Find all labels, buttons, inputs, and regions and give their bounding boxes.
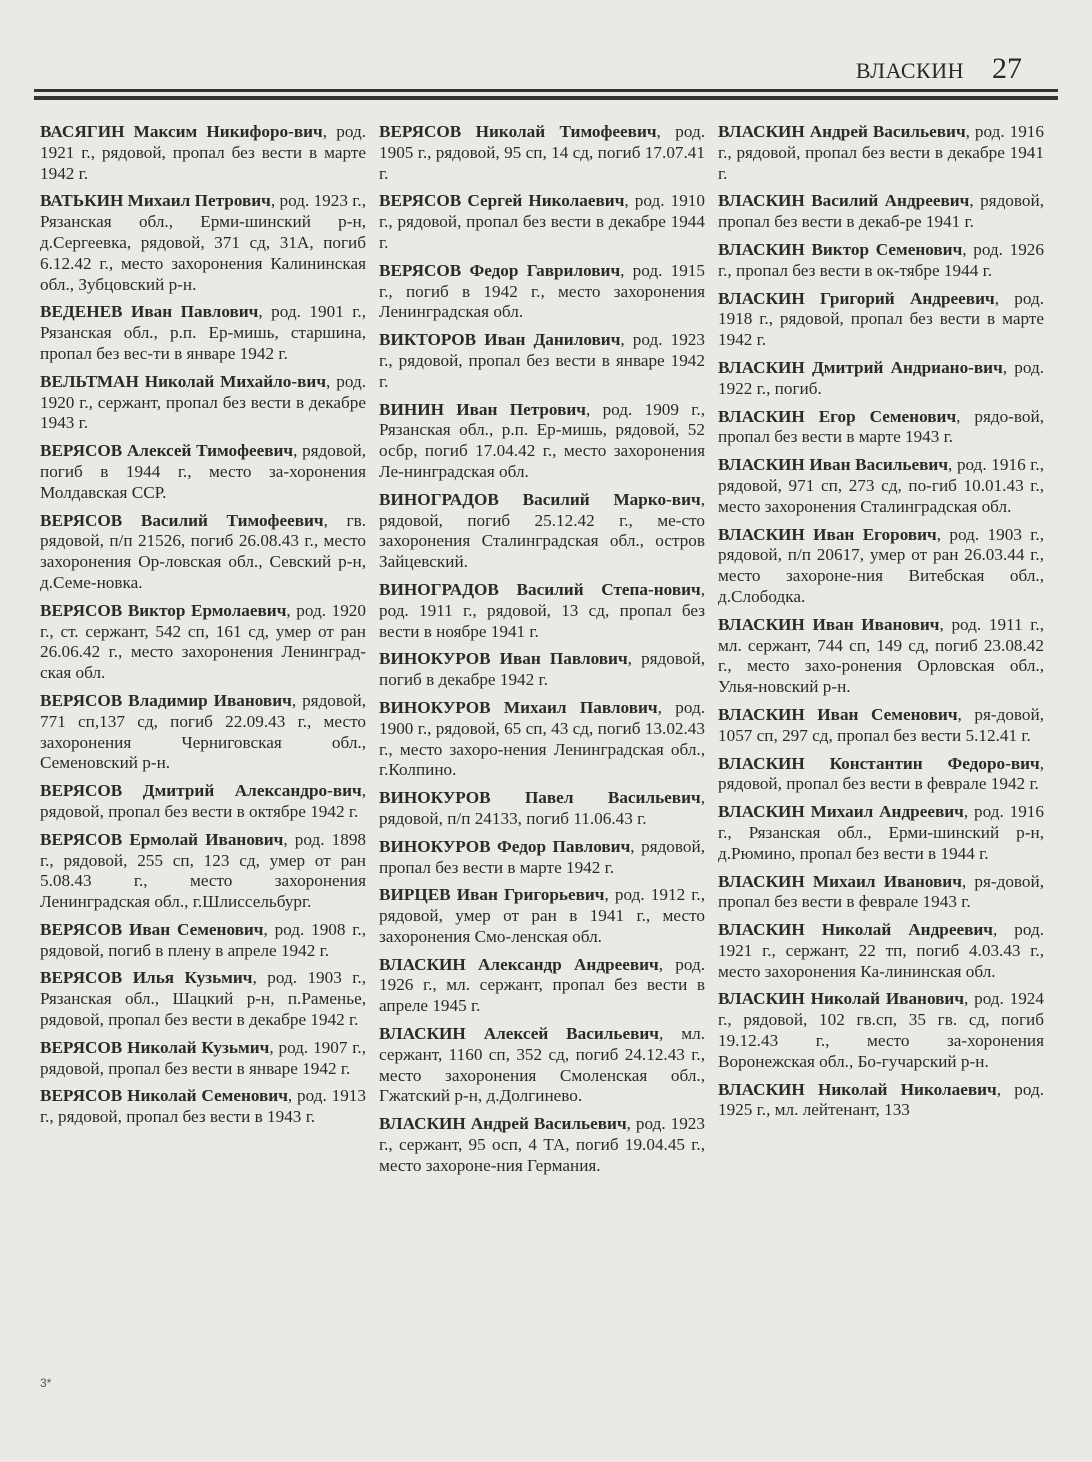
entry-name: ВЛАСКИН Иван Семенович	[718, 705, 958, 724]
entry-name: ВЛАСКИН Алексей Васильевич	[379, 1024, 659, 1043]
register-entry: ВЛАСКИН Дмитрий Андриано-вич, род. 1922 …	[718, 358, 1044, 400]
entry-name: ВЕРЯСОВ Николай Кузьмич	[40, 1038, 269, 1057]
register-entry: ВЕРЯСОВ Федор Гаврилович, род. 1915 г., …	[379, 261, 705, 323]
register-entry: ВИНОКУРОВ Иван Павлович, рядовой, погиб …	[379, 649, 705, 691]
register-entry: ВЕРЯСОВ Виктор Ермолаевич, род. 1920 г.,…	[40, 601, 366, 684]
entry-name: ВЛАСКИН Александр Андреевич	[379, 955, 659, 974]
register-entry: ВЛАСКИН Иван Егорович, род. 1903 г., ряд…	[718, 525, 1044, 608]
entry-name: ВИНОКУРОВ Иван Павлович	[379, 649, 628, 668]
register-entry: ВЕРЯСОВ Николай Семенович, род. 1913 г.,…	[40, 1086, 366, 1128]
entry-name: ВЕРЯСОВ Сергей Николаевич	[379, 191, 624, 210]
register-entry: ВЛАСКИН Василий Андреевич, рядовой, проп…	[718, 191, 1044, 233]
register-entry: ВЛАСКИН Николай Иванович, род. 1924 г., …	[718, 989, 1044, 1072]
column-3: ВЛАСКИН Андрей Васильевич, род. 1916 г.,…	[718, 122, 1052, 1184]
entry-name: ВИРЦЕВ Иван Григорьевич	[379, 885, 604, 904]
entry-name: ВЛАСКИН Андрей Васильевич	[379, 1114, 627, 1133]
entry-name: ВЛАСКИН Виктор Семенович	[718, 240, 962, 259]
register-entry: ВЕРЯСОВ Василий Тимофеевич, гв. рядовой,…	[40, 511, 366, 594]
entry-name: ВИНИН Иван Петрович	[379, 400, 586, 419]
entry-name: ВЛАСКИН Николай Иванович	[718, 989, 964, 1008]
entry-name: ВЛАСКИН Дмитрий Андриано-вич	[718, 358, 1003, 377]
register-entry: ВЕЛЬТМАН Николай Михайло-вич, род. 1920 …	[40, 372, 366, 434]
entry-name: ВИНОГРАДОВ Василий Степа-нович	[379, 580, 701, 599]
register-entry: ВЛАСКИН Алексей Васильевич, мл. сержант,…	[379, 1024, 705, 1107]
register-entry: ВЛАСКИН Егор Семенович, рядо-вой, пропал…	[718, 407, 1044, 449]
register-entry: ВЛАСКИН Виктор Семенович, род. 1926 г., …	[718, 240, 1044, 282]
register-entry: ВЛАСКИН Михаил Андреевич, род. 1916 г., …	[718, 802, 1044, 864]
register-entry: ВИНОГРАДОВ Василий Степа-нович, род. 191…	[379, 580, 705, 642]
register-entry: ВИНОКУРОВ Павел Васильевич, рядовой, п/п…	[379, 788, 705, 830]
entry-name: ВИНОГРАДОВ Василий Марко-вич	[379, 490, 701, 509]
register-entry: ВЕРЯСОВ Сергей Николаевич, род. 1910 г.,…	[379, 191, 705, 253]
register-entry: ВЛАСКИН Григорий Андреевич, род. 1918 г.…	[718, 289, 1044, 351]
column-2: ВЕРЯСОВ Николай Тимофеевич, род. 1905 г.…	[379, 122, 713, 1184]
entry-name: ВЕРЯСОВ Николай Семенович	[40, 1086, 288, 1105]
running-head: ВЛАСКИН	[856, 58, 964, 84]
entry-name: ВЕРЯСОВ Федор Гаврилович	[379, 261, 620, 280]
text-columns: ВАСЯГИН Максим Никифоро-вич, род. 1921 г…	[40, 122, 1052, 1184]
register-entry: ВЕРЯСОВ Николай Кузьмич, род. 1907 г., р…	[40, 1038, 366, 1080]
entry-name: ВЕРЯСОВ Николай Тимофеевич	[379, 122, 657, 141]
entry-name: ВЛАСКИН Николай Андреевич	[718, 920, 993, 939]
entry-name: ВЛАСКИН Егор Семенович	[718, 407, 956, 426]
entry-name: ВЛАСКИН Николай Николаевич	[718, 1080, 997, 1099]
page-header: ВЛАСКИН 27	[856, 52, 1022, 86]
entry-name: ВЕРЯСОВ Дмитрий Александро-вич	[40, 781, 362, 800]
entry-name: ВЛАСКИН Константин Федоро-вич	[718, 754, 1040, 773]
entry-name: ВЕЛЬТМАН Николай Михайло-вич	[40, 372, 326, 391]
register-entry: ВЕРЯСОВ Дмитрий Александро-вич, рядовой,…	[40, 781, 366, 823]
entry-name: ВЛАСКИН Михаил Андреевич	[718, 802, 964, 821]
header-double-rule	[34, 89, 1058, 100]
register-entry: ВЕРЯСОВ Илья Кузьмич, род. 1903 г., Ряза…	[40, 968, 366, 1030]
entry-name: ВЛАСКИН Андрей Васильевич	[718, 122, 966, 141]
register-entry: ВЕРЯСОВ Владимир Иванович, рядовой, 771 …	[40, 691, 366, 774]
entry-name: ВЛАСКИН Иван Васильевич	[718, 455, 948, 474]
entry-name: ВЕРЯСОВ Илья Кузьмич	[40, 968, 253, 987]
entry-name: ВЛАСКИН Иван Иванович	[718, 615, 939, 634]
entry-name: ВЕРЯСОВ Виктор Ермолаевич	[40, 601, 286, 620]
entry-name: ВЕРЯСОВ Ермолай Иванович	[40, 830, 283, 849]
entry-name: ВИНОКУРОВ Михаил Павлович	[379, 698, 658, 717]
entry-name: ВЛАСКИН Василий Андреевич	[718, 191, 969, 210]
register-entry: ВИНИН Иван Петрович, род. 1909 г., Рязан…	[379, 400, 705, 483]
register-entry: ВИНОКУРОВ Михаил Павлович, род. 1900 г.,…	[379, 698, 705, 781]
entry-name: ВИКТОРОВ Иван Данилович	[379, 330, 620, 349]
printer-signature-mark: 3*	[40, 1376, 51, 1390]
entry-name: ВАСЯГИН Максим Никифоро-вич	[40, 122, 323, 141]
entry-name: ВЕРЯСОВ Иван Семенович	[40, 920, 264, 939]
entry-name: ВЛАСКИН Михаил Иванович	[718, 872, 962, 891]
register-entry: ВАТЬКИН Михаил Петрович, род. 1923 г., Р…	[40, 191, 366, 295]
entry-name: ВАТЬКИН Михаил Петрович	[40, 191, 271, 210]
register-entry: ВЛАСКИН Иван Васильевич, род. 1916 г., р…	[718, 455, 1044, 517]
register-entry: ВЛАСКИН Андрей Васильевич, род. 1923 г.,…	[379, 1114, 705, 1176]
register-entry: ВЛАСКИН Константин Федоро-вич, рядовой, …	[718, 754, 1044, 796]
register-entry: ВЛАСКИН Николай Николаевич, род. 1925 г.…	[718, 1080, 1044, 1122]
register-entry: ВЕРЯСОВ Ермолай Иванович, род. 1898 г., …	[40, 830, 366, 913]
register-entry: ВИРЦЕВ Иван Григорьевич, род. 1912 г., р…	[379, 885, 705, 947]
entry-name: ВЛАСКИН Григорий Андреевич	[718, 289, 995, 308]
page-number: 27	[992, 52, 1022, 86]
register-entry: ВИНОГРАДОВ Василий Марко-вич, рядовой, п…	[379, 490, 705, 573]
entry-name: ВЕРЯСОВ Василий Тимофеевич	[40, 511, 324, 530]
entry-name: ВЛАСКИН Иван Егорович	[718, 525, 937, 544]
entry-name: ВЕРЯСОВ Алексей Тимофеевич	[40, 441, 293, 460]
register-entry: ВЕРЯСОВ Иван Семенович, род. 1908 г., ря…	[40, 920, 366, 962]
register-entry: ВЛАСКИН Николай Андреевич, род. 1921 г.,…	[718, 920, 1044, 982]
register-entry: ВЛАСКИН Иван Семенович, ря-довой, 1057 с…	[718, 705, 1044, 747]
register-entry: ВИКТОРОВ Иван Данилович, род. 1923 г., р…	[379, 330, 705, 392]
register-entry: ВЕДЕНЕВ Иван Павлович, род. 1901 г., Ряз…	[40, 302, 366, 364]
register-entry: ВИНОКУРОВ Федор Павлович, рядовой, пропа…	[379, 837, 705, 879]
register-entry: ВАСЯГИН Максим Никифоро-вич, род. 1921 г…	[40, 122, 366, 184]
register-entry: ВЛАСКИН Андрей Васильевич, род. 1916 г.,…	[718, 122, 1044, 184]
register-entry: ВЛАСКИН Иван Иванович, род. 1911 г., мл.…	[718, 615, 1044, 698]
register-entry: ВЛАСКИН Михаил Иванович, ря-довой, пропа…	[718, 872, 1044, 914]
register-entry: ВЕРЯСОВ Алексей Тимофеевич, рядовой, пог…	[40, 441, 366, 503]
entry-name: ВИНОКУРОВ Федор Павлович	[379, 837, 630, 856]
entry-name: ВИНОКУРОВ Павел Васильевич	[379, 788, 701, 807]
register-entry: ВЕРЯСОВ Николай Тимофеевич, род. 1905 г.…	[379, 122, 705, 184]
register-entry: ВЛАСКИН Александр Андреевич, род. 1926 г…	[379, 955, 705, 1017]
entry-name: ВЕДЕНЕВ Иван Павлович	[40, 302, 258, 321]
entry-name: ВЕРЯСОВ Владимир Иванович	[40, 691, 292, 710]
column-1: ВАСЯГИН Максим Никифоро-вич, род. 1921 г…	[40, 122, 374, 1184]
